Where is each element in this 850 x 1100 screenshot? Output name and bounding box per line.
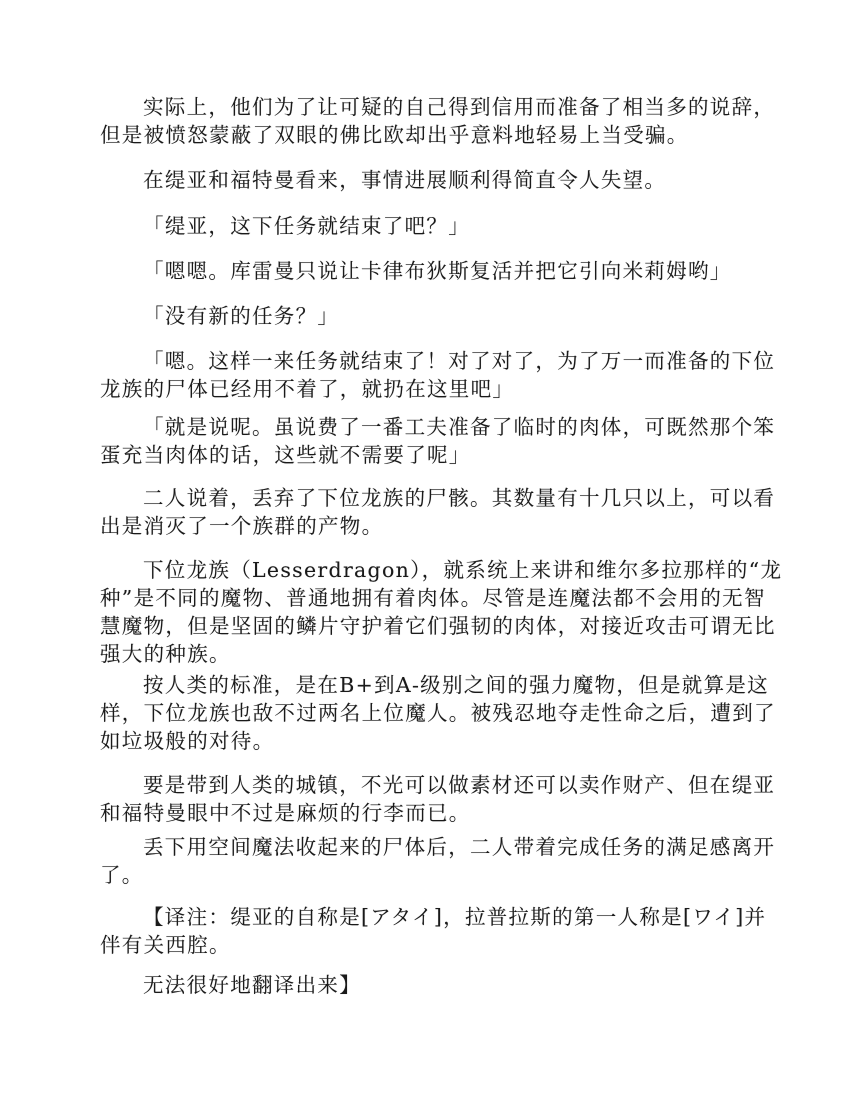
paragraph-line: 实际上，他们为了让可疑的自己得到信用而准备了相当多的说辞， [143, 93, 775, 121]
translator-note-line: 无法很好地翻译出来】 [143, 971, 361, 999]
paragraph-line: 但是被愤怒蒙蔽了双眼的佛比欧却出乎意料地轻易上当受骗。 [100, 121, 689, 149]
paragraph-line: 出是消灭了一个族群的产物。 [100, 512, 383, 540]
dialogue-line: 龙族的尸体已经用不着了，就扔在这里吧」 [100, 375, 514, 403]
translator-note-line: 伴有关西腔。 [100, 931, 231, 959]
dialogue-line: 「嗯嗯。库雷曼只说让卡律布狄斯复活并把它引向米莉姆哟」 [143, 257, 732, 285]
paragraph-line: 强大的种族。 [100, 640, 231, 668]
dialogue-line: 蛋充当肉体的话，这些就不需要了呢」 [100, 441, 471, 469]
paragraph-line: 了。 [100, 861, 144, 889]
paragraph-line: 慧魔物，但是坚固的鳞片守护着它们强韧的肉体，对接近攻击可谓无比 [100, 612, 776, 640]
dialogue-line: 「嗯。这样一来任务就结束了！对了对了，为了万一而准备的下位 [143, 347, 775, 375]
document-page: 实际上，他们为了让可疑的自己得到信用而准备了相当多的说辞， 但是被愤怒蒙蔽了双眼… [0, 0, 850, 1100]
paragraph-line: 和福特曼眼中不过是麻烦的行李而已。 [100, 799, 471, 827]
dialogue-line: 「缇亚，这下任务就结束了吧？」 [143, 212, 470, 240]
dialogue-line: 「没有新的任务？」 [143, 302, 339, 330]
paragraph-line: 按人类的标准，是在B+到A-级别之间的强力魔物，但是就算是这 [143, 671, 769, 699]
translator-note-line: 【译注：缇亚的自称是[アタイ]，拉普拉斯的第一人称是[ワイ]并 [143, 903, 766, 931]
paragraph-line: 丢下用空间魔法收起来的尸体后，二人带着完成任务的满足感离开 [143, 833, 775, 861]
paragraph-line: 二人说着，丢弃了下位龙族的尸骸。其数量有十几只以上，可以看 [143, 484, 775, 512]
paragraph-line: 在缇亚和福特曼看来，事情进展顺利得简直令人失望。 [143, 166, 666, 194]
paragraph-line: 如垃圾般的对待。 [100, 727, 274, 755]
dialogue-line: 「就是说呢。虽说费了一番工夫准备了临时的肉体，可既然那个笨 [143, 413, 775, 441]
paragraph-line: 下位龙族（Lesserdragon），就系统上来讲和维尔多拉那样的“龙 [143, 556, 782, 584]
paragraph-line: 样，下位龙族也敌不过两名上位魔人。被残忍地夺走性命之后，遭到了 [100, 699, 776, 727]
paragraph-line: 要是带到人类的城镇，不光可以做素材还可以卖作财产、但在缇亚 [143, 771, 775, 799]
paragraph-line: 种”是不同的魔物、普通地拥有着肉体。尽管是连魔法都不会用的无智 [100, 584, 766, 612]
